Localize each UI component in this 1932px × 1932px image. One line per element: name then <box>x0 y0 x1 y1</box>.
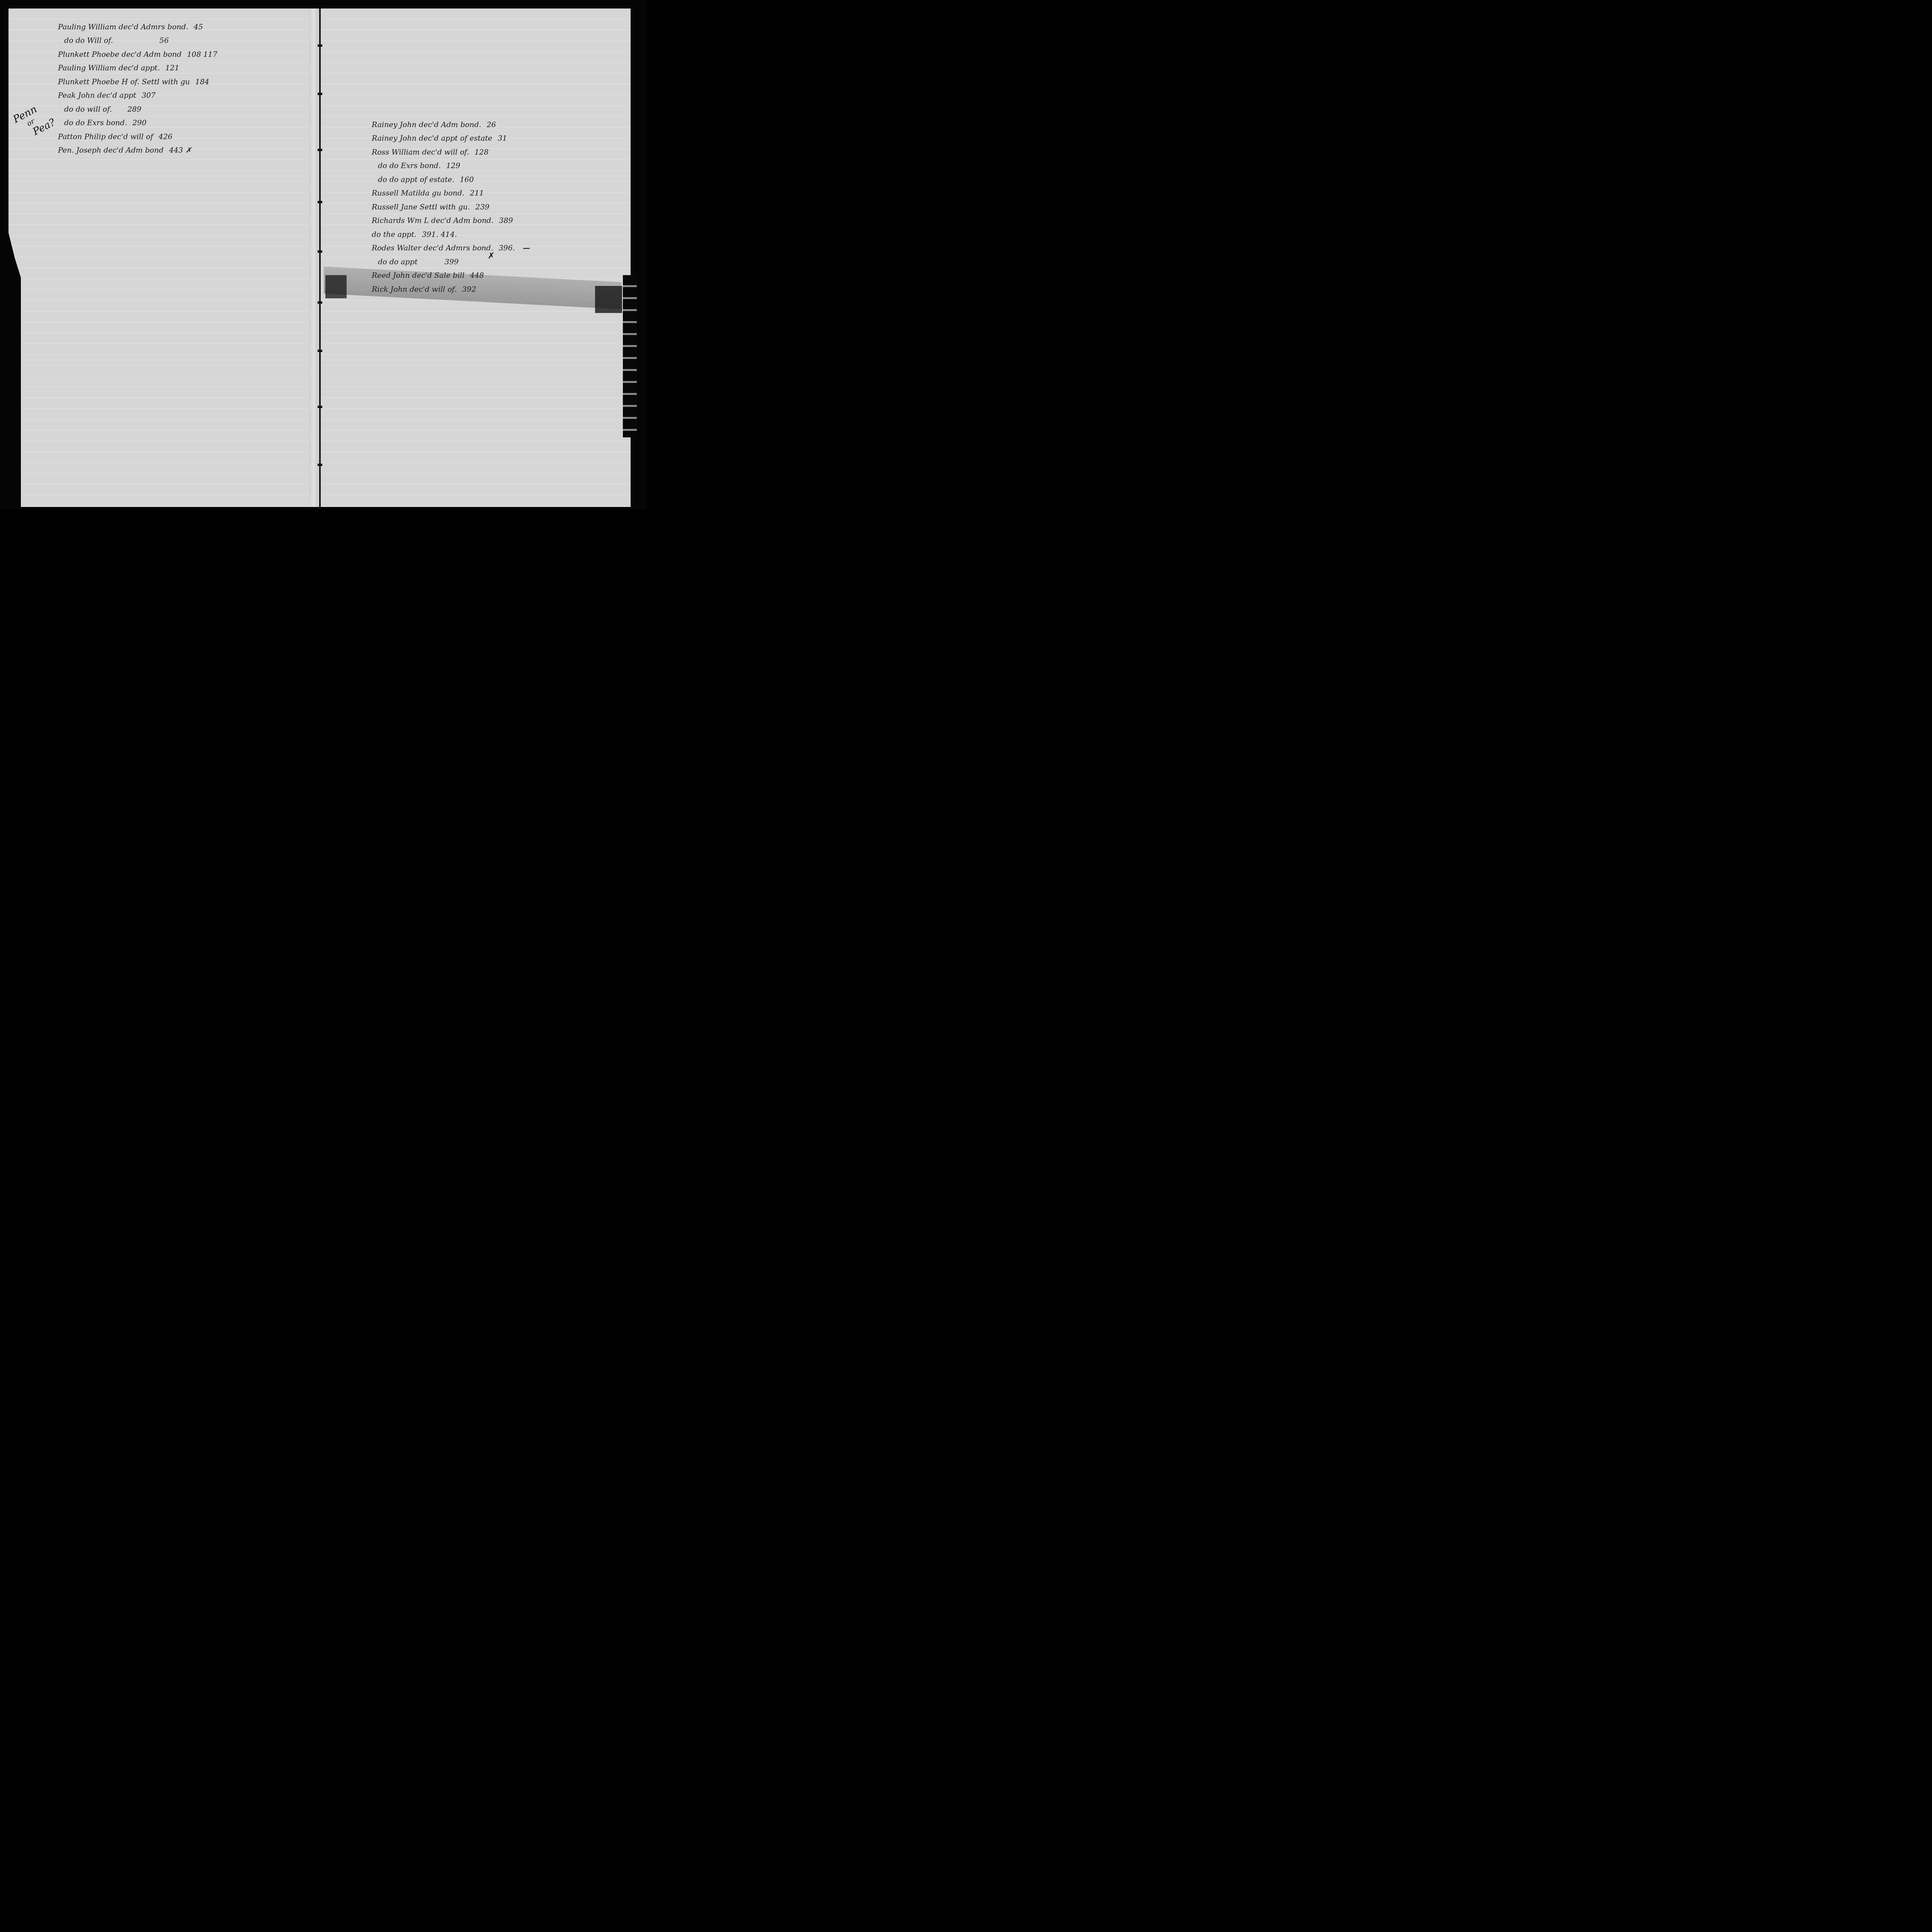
index-entry: do do will of.289 <box>58 102 218 116</box>
index-entry: do do Exrs bond.129 <box>372 159 530 173</box>
left-index-list: Pauling William dec'd Admrs bond.45 do d… <box>58 20 218 157</box>
index-entry: do do Exrs bond.290 <box>58 116 218 130</box>
index-tabs-edge <box>623 275 637 437</box>
index-entry: Russell Matilda gu bond.211 <box>372 187 530 201</box>
index-entry: Plunkett Phoebe dec'd Adm bond108 117 <box>58 48 218 61</box>
cross-mark: ✗ <box>488 251 495 261</box>
index-entry: Russell Jane Settl with gu.239 <box>372 200 530 214</box>
index-entry: Rick John dec'd will of.392 <box>372 282 530 296</box>
index-entry: Reed John dec'd Sale bill448 <box>372 269 530 283</box>
index-entry: do do Will of.56 <box>58 34 218 48</box>
index-entry: Plunkett Phoebe H of. Settl with gu184 <box>58 75 218 89</box>
index-entry: do do appt of estate.160 <box>372 173 530 187</box>
binding-stitch <box>318 301 322 304</box>
right-index-list: Rainey John dec'd Adm bond.26 Rainey Joh… <box>372 118 530 296</box>
binding-stitch <box>318 201 322 203</box>
spine-binding <box>319 9 321 507</box>
index-entry: Patton Philip dec'd will of426 <box>58 130 218 144</box>
index-entry: Richards Wm L dec'd Adm bond.389 <box>372 214 530 228</box>
binding-stitch <box>318 44 322 47</box>
index-entry: do the appt.391. 414. <box>372 228 530 241</box>
index-entry: Pauling William dec'd Admrs bond.45 <box>58 20 218 34</box>
index-entry: Peak John dec'd appt307 <box>58 89 218 103</box>
index-entry: Rainey John dec'd appt of estate31 <box>372 132 530 146</box>
binding-stitch <box>318 464 322 466</box>
index-entry: Rainey John dec'd Adm bond.26 <box>372 118 530 132</box>
tape-shadow-left <box>325 275 347 298</box>
index-entry: Pen. Joseph dec'd Adm bond443✗ <box>58 144 218 158</box>
index-entry: Ross William dec'd will of.128 <box>372 145 530 159</box>
tape-shadow-right <box>595 286 622 313</box>
binding-stitch <box>318 350 322 352</box>
binding-stitch <box>318 406 322 408</box>
index-entry: do do appt399 <box>372 255 530 269</box>
binding-stitch <box>318 149 322 151</box>
index-entry: Pauling William dec'd appt.121 <box>58 61 218 75</box>
binding-stitch <box>318 250 322 253</box>
dash-mark: — <box>523 242 530 254</box>
binding-stitch <box>318 93 322 95</box>
index-entry: Rodes Walter dec'd Admrs bond.396.— <box>372 241 530 255</box>
cross-mark: ✗ <box>185 145 192 156</box>
